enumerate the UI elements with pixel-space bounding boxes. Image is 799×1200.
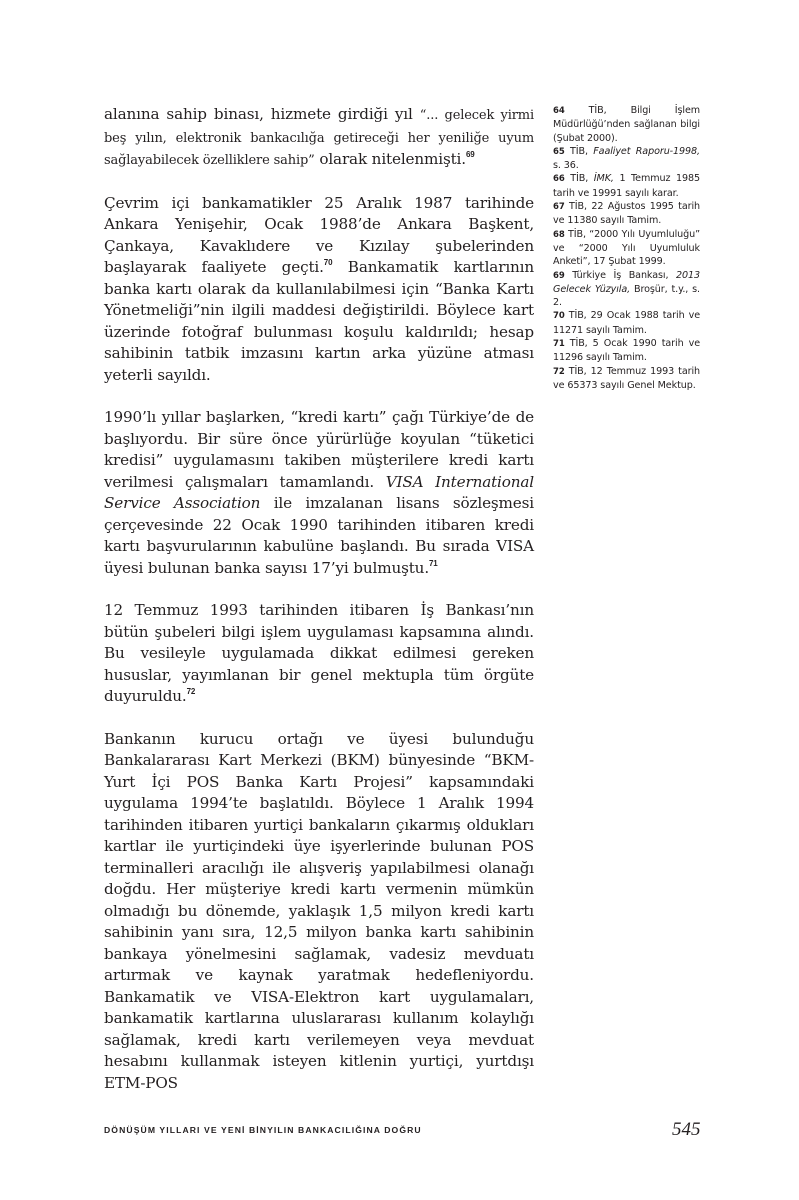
footnote-67: 67 TİB, 22 Ağustos 1995 tarih ve 11380 s… bbox=[553, 200, 700, 228]
footnote-number: 69 bbox=[553, 271, 565, 281]
paragraph-text: alanına sahip binası, hizmete girdiği yı… bbox=[104, 105, 420, 123]
footnote-number: 64 bbox=[553, 106, 565, 116]
footnote-number: 72 bbox=[553, 367, 565, 377]
footnote-text: Türkiye İş Bankası, bbox=[572, 270, 676, 281]
paragraph-text: Bankanın kurucu ortağı ve üyesi bulunduğ… bbox=[104, 730, 534, 1092]
footnote-text: TİB, 29 Ocak 1988 tarih ve 11271 sayılı … bbox=[553, 310, 700, 335]
paragraph-1: alanına sahip binası, hizmete girdiği yı… bbox=[104, 104, 534, 172]
footnote-italic-title: İMK, bbox=[594, 173, 614, 184]
footnote-number: 71 bbox=[553, 339, 565, 349]
footnote-70: 70 TİB, 29 Ocak 1988 tarih ve 11271 sayı… bbox=[553, 309, 700, 337]
footnote-number: 66 bbox=[553, 174, 565, 184]
main-text-column: alanına sahip binası, hizmete girdiği yı… bbox=[104, 104, 534, 1115]
footnote-71: 71 TİB, 5 Ocak 1990 tarih ve 11296 sayıl… bbox=[553, 337, 700, 365]
footnote-72: 72 TİB, 12 Temmuz 1993 tarih ve 65373 sa… bbox=[553, 365, 700, 393]
paragraph-3: 1990’lı yıllar başlarken, “kredi kartı” … bbox=[104, 407, 534, 579]
footnote-number: 70 bbox=[553, 311, 565, 321]
footnote-64: 64 TİB, Bilgi İşlem Müdürlüğü’nden sağla… bbox=[553, 104, 700, 145]
footnote-ref-69[interactable]: 69 bbox=[466, 150, 475, 159]
footnote-number: 65 bbox=[553, 147, 565, 157]
footnote-text: TİB, bbox=[570, 173, 594, 184]
footnote-text: TİB, 12 Temmuz 1993 tarih ve 65373 sayıl… bbox=[553, 366, 700, 391]
footnote-italic-title: Faaliyet Raporu-1998, bbox=[593, 146, 700, 157]
footnotes-column: 64 TİB, Bilgi İşlem Müdürlüğü’nden sağla… bbox=[553, 104, 700, 392]
footnote-number: 67 bbox=[553, 202, 565, 212]
footnote-ref-72[interactable]: 72 bbox=[187, 687, 196, 696]
footnote-number: 68 bbox=[553, 230, 565, 240]
footnote-65: 65 TİB, Faaliyet Raporu-1998, s. 36. bbox=[553, 145, 700, 173]
footnote-66: 66 TİB, İMK, 1 Temmuz 1985 tarih ve 1999… bbox=[553, 172, 700, 200]
footnote-ref-71[interactable]: 71 bbox=[429, 559, 438, 568]
paragraph-4: 12 Temmuz 1993 tarihinden itibaren İş Ba… bbox=[104, 600, 534, 708]
footnote-text: TİB, 22 Ağustos 1995 tarih ve 11380 sayı… bbox=[553, 201, 700, 226]
running-footer-title: DÖNÜŞÜM YILLARI VE YENİ BİNYILIN BANKACI… bbox=[104, 1125, 422, 1135]
paragraph-text: olarak nitelenmişti. bbox=[315, 150, 466, 168]
footnote-69: 69 Türkiye İş Bankası, 2013 Gelecek Yüzy… bbox=[553, 269, 700, 310]
page-number: 545 bbox=[672, 1119, 701, 1141]
footnote-text: TİB, bbox=[570, 146, 593, 157]
footnote-68: 68 TİB, “2000 Yılı Uyumluluğu” ve “2000 … bbox=[553, 228, 700, 269]
footnote-text: TİB, Bilgi İşlem Müdürlüğü’nden sağlanan… bbox=[553, 105, 700, 144]
paragraph-text: Bankamatik kartlarının banka kartı olara… bbox=[104, 258, 534, 384]
footnote-text: s. 36. bbox=[553, 160, 579, 171]
paragraph-2: Çevrim içi bankamatikler 25 Aralık 1987 … bbox=[104, 193, 534, 387]
paragraph-5: Bankanın kurucu ortağı ve üyesi bulunduğ… bbox=[104, 729, 534, 1095]
paragraph-text: 12 Temmuz 1993 tarihinden itibaren İş Ba… bbox=[104, 601, 534, 705]
footnote-text: TİB, 5 Ocak 1990 tarih ve 11296 sayılı T… bbox=[553, 338, 700, 363]
footnote-text: TİB, “2000 Yılı Uyumluluğu” ve “2000 Yıl… bbox=[553, 229, 700, 268]
